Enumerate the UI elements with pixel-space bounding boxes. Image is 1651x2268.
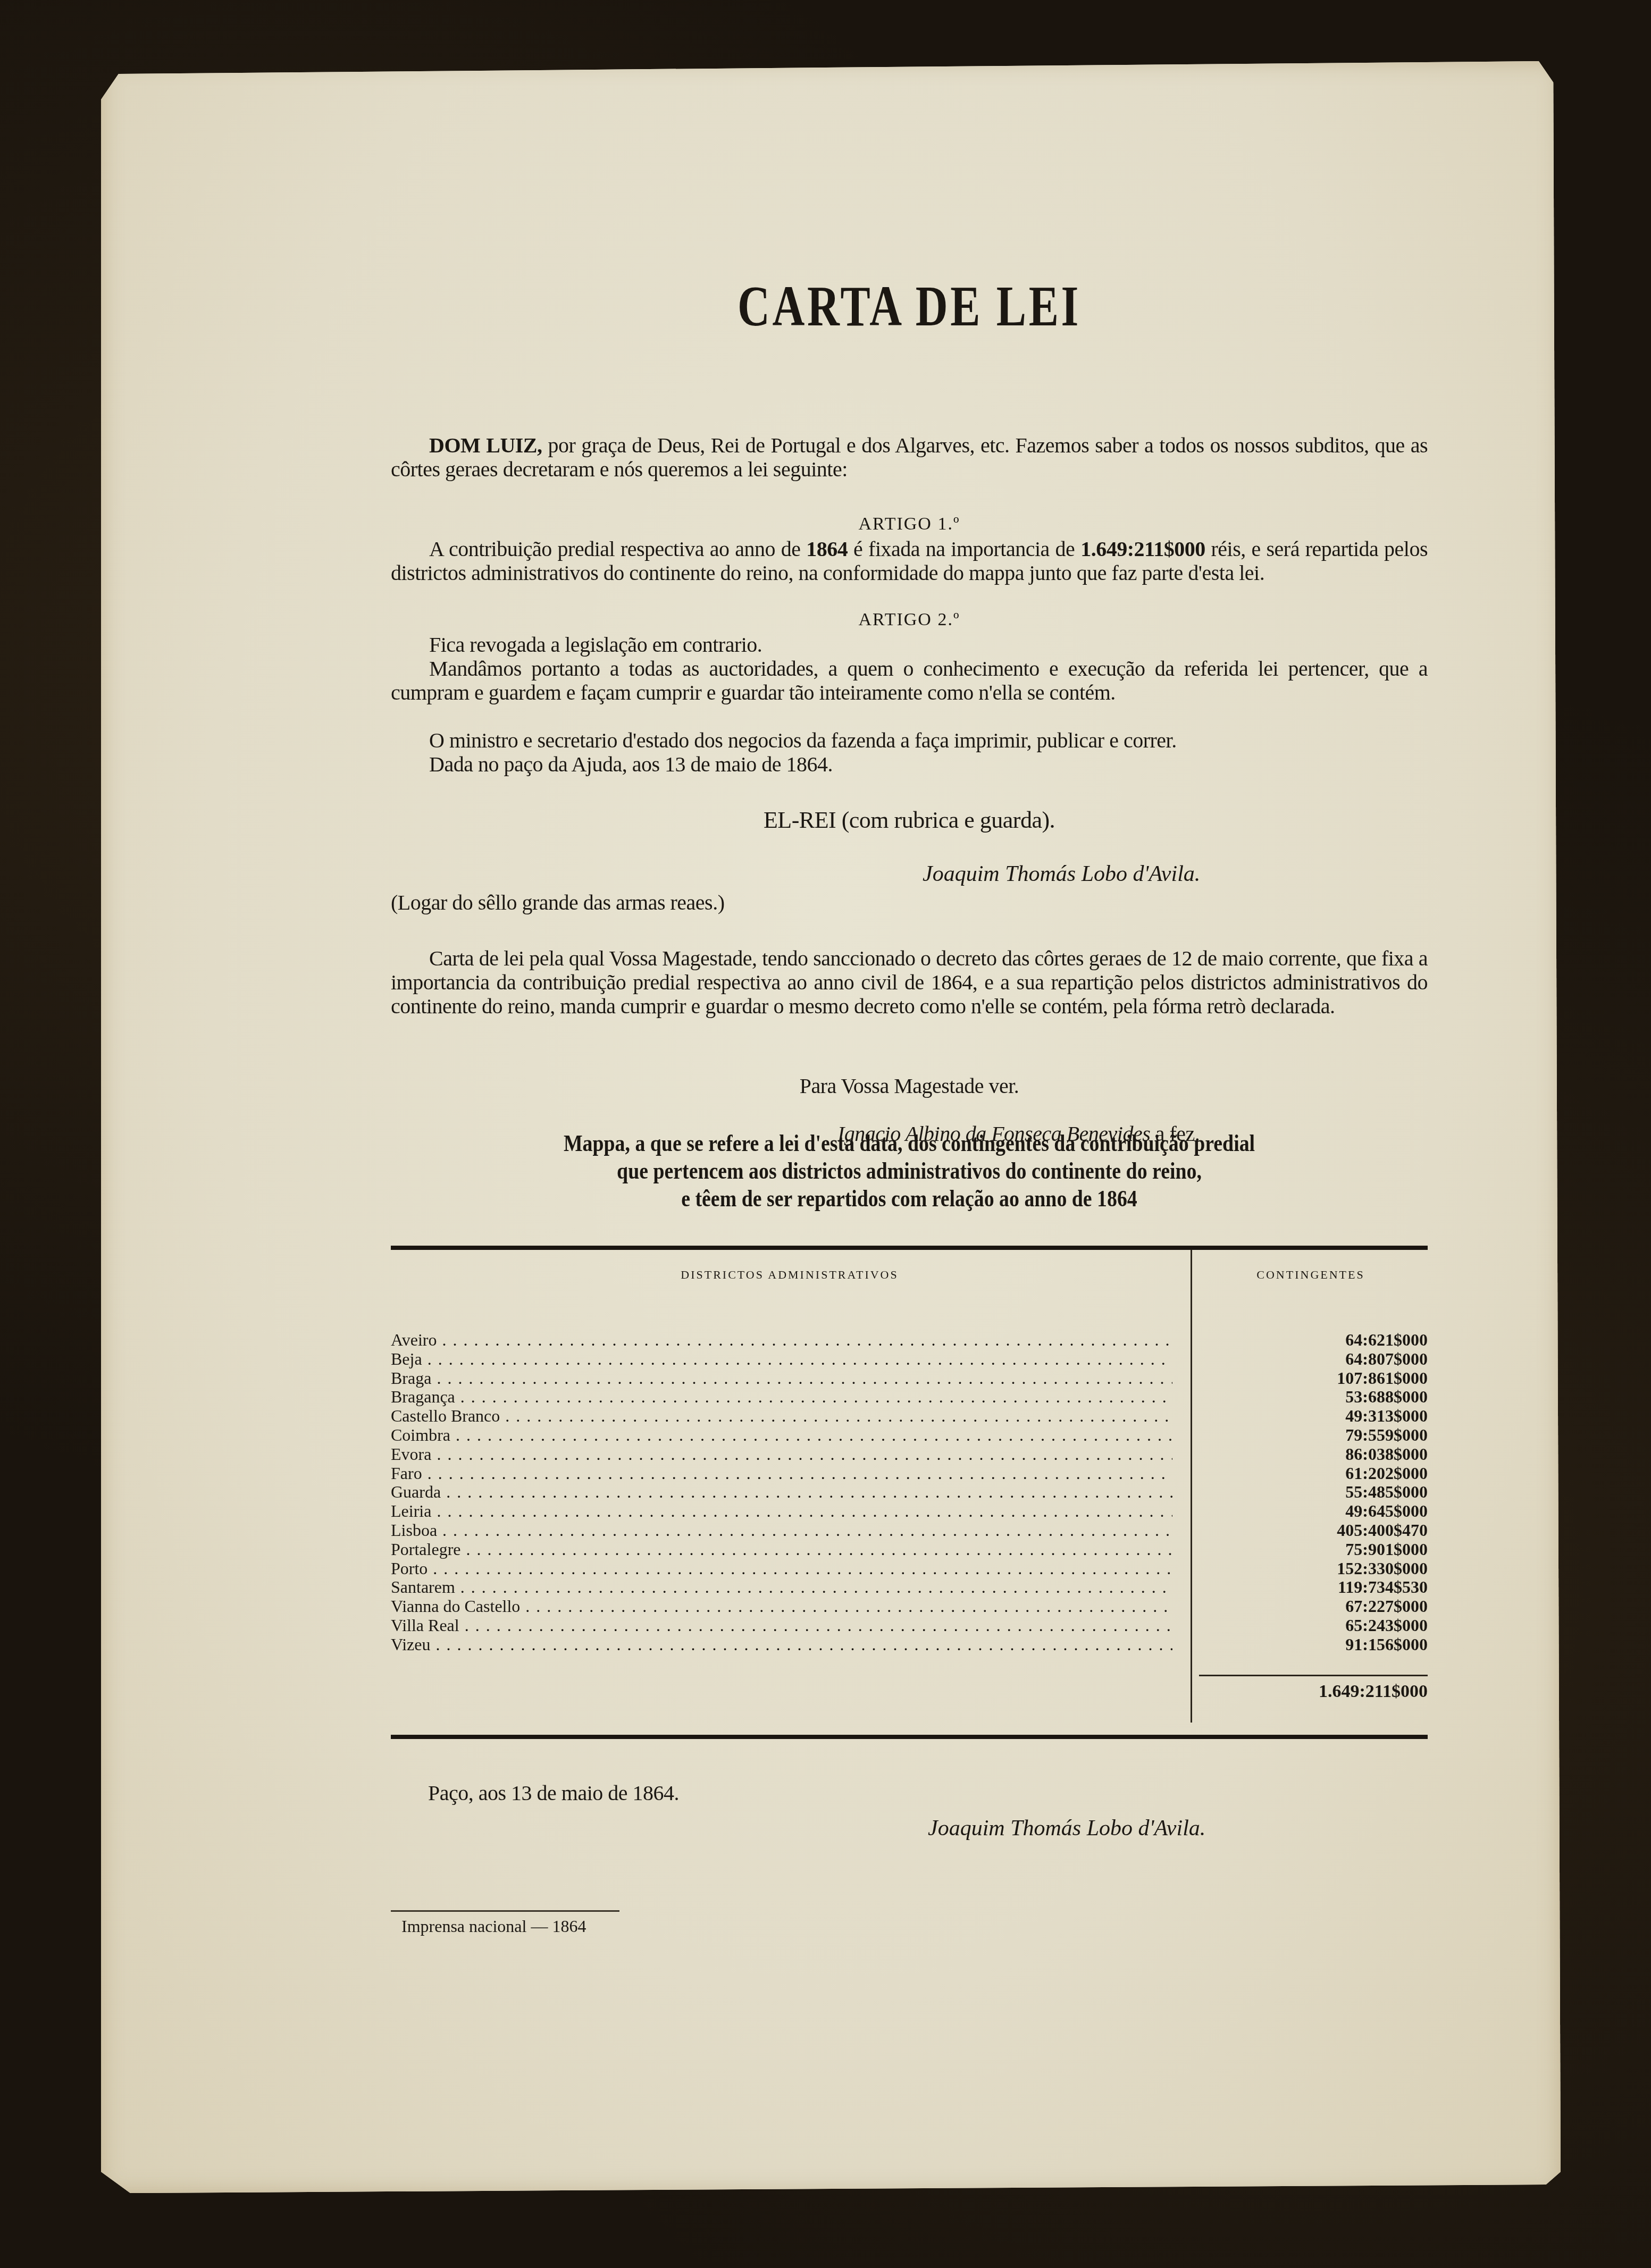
table-row: Vizeu91:156$000 bbox=[391, 1635, 1428, 1654]
table-row: Evora86:038$000 bbox=[391, 1445, 1428, 1464]
contingent-value: 119:734$530 bbox=[1204, 1578, 1428, 1597]
document-page: CARTA DE LEI DOM LUIZ, por graça de Deus… bbox=[101, 61, 1561, 2193]
artigo-1-text: A contribuição predial respectiva ao ann… bbox=[391, 537, 1428, 585]
table-row: Guarda55:485$000 bbox=[391, 1483, 1428, 1502]
signature-minister: Joaquim Thomás Lobo d'Avila. bbox=[923, 861, 1200, 887]
artigo-1-text-a: A contribuição predial respectiva ao ann… bbox=[429, 537, 806, 561]
table-body: Aveiro64:621$000Beja64:807$000Braga107:8… bbox=[391, 1331, 1428, 1654]
artigo-1-heading: ARTIGO 1.º bbox=[391, 514, 1428, 534]
table-row: Braga107:861$000 bbox=[391, 1369, 1428, 1388]
artigo-1-amount: 1.649:211$000 bbox=[1080, 537, 1205, 561]
artigo-2-heading: ARTIGO 2.º bbox=[391, 610, 1428, 630]
district-name: Porto bbox=[391, 1559, 1172, 1578]
contingent-value: 49:313$000 bbox=[1204, 1407, 1428, 1426]
contingent-value: 67:227$000 bbox=[1204, 1597, 1428, 1616]
district-name: Coimbra bbox=[391, 1426, 1172, 1445]
preamble-lead: DOM LUIZ, bbox=[429, 433, 542, 457]
contingent-value: 65:243$000 bbox=[1204, 1616, 1428, 1635]
mappa-title-line-2: que pertencem aos districtos administrat… bbox=[464, 1157, 1355, 1185]
contingent-value: 64:621$000 bbox=[1204, 1331, 1428, 1350]
contingent-value: 152:330$000 bbox=[1204, 1559, 1428, 1578]
district-name: Villa Real bbox=[391, 1616, 1172, 1635]
table-row: Beja64:807$000 bbox=[391, 1350, 1428, 1369]
mappa-title-line-3: e têem de ser repartidos com relação ao … bbox=[464, 1185, 1355, 1213]
column-header-districts: DISTRICTOS ADMINISTRATIVOS bbox=[391, 1268, 1188, 1282]
carta-paragraph: Carta de lei pela qual Vossa Magestade, … bbox=[391, 946, 1428, 1018]
district-name: Vizeu bbox=[391, 1635, 1172, 1654]
contingent-value: 107:861$000 bbox=[1204, 1369, 1428, 1388]
document-title: CARTA DE LEI bbox=[505, 274, 1314, 340]
preamble: DOM LUIZ, por graça de Deus, Rei de Port… bbox=[391, 433, 1428, 481]
table-row: Faro61:202$000 bbox=[391, 1464, 1428, 1483]
district-name: Aveiro bbox=[391, 1331, 1172, 1350]
district-name: Beja bbox=[391, 1350, 1172, 1369]
table-row: Vianna do Castello67:227$000 bbox=[391, 1597, 1428, 1616]
contingent-value: 61:202$000 bbox=[1204, 1464, 1428, 1483]
ministro-paragraph: O ministro e secretario d'estado dos neg… bbox=[391, 728, 1428, 752]
table-row: Coimbra79:559$000 bbox=[391, 1426, 1428, 1445]
table-row: Porto152:330$000 bbox=[391, 1559, 1428, 1578]
table-row: Aveiro64:621$000 bbox=[391, 1331, 1428, 1350]
district-name: Lisboa bbox=[391, 1521, 1172, 1540]
artigo-2-text: Fica revogada a legislação em contrario. bbox=[391, 633, 1428, 657]
district-name: Castello Branco bbox=[391, 1407, 1172, 1426]
contingent-value: 405:400$470 bbox=[1204, 1521, 1428, 1540]
district-name: Bragança bbox=[391, 1388, 1172, 1407]
contingent-value: 53:688$000 bbox=[1204, 1388, 1428, 1407]
contingent-value: 64:807$000 bbox=[1204, 1350, 1428, 1369]
district-name: Leiria bbox=[391, 1502, 1172, 1521]
district-name: Evora bbox=[391, 1445, 1172, 1464]
mappa-title-line-1: Mappa, a que se refere a lei d'esta data… bbox=[464, 1130, 1355, 1157]
imprint-rule bbox=[391, 1910, 619, 1912]
imprint: Imprensa nacional — 1864 bbox=[401, 1917, 586, 1936]
preamble-text: por graça de Deus, Rei de Portugal e dos… bbox=[391, 433, 1428, 481]
para-vossa-magestade: Para Vossa Magestade ver. bbox=[391, 1074, 1428, 1098]
contingent-value: 91:156$000 bbox=[1204, 1635, 1428, 1654]
table-total: 1.649:211$000 bbox=[1319, 1682, 1428, 1702]
table-top-rule bbox=[391, 1246, 1428, 1250]
table-bottom-rule bbox=[391, 1735, 1428, 1739]
signature-footer: Joaquim Thomás Lobo d'Avila. bbox=[928, 1816, 1205, 1841]
table-row: Portalegre75:901$000 bbox=[391, 1540, 1428, 1559]
district-name: Portalegre bbox=[391, 1540, 1172, 1559]
contingent-value: 86:038$000 bbox=[1204, 1445, 1428, 1464]
table-row: Villa Real65:243$000 bbox=[391, 1616, 1428, 1635]
total-rule bbox=[1199, 1675, 1428, 1676]
contingent-value: 49:645$000 bbox=[1204, 1502, 1428, 1521]
district-name: Santarem bbox=[391, 1578, 1172, 1597]
column-header-contingents: CONTINGENTES bbox=[1194, 1268, 1428, 1282]
table-row: Leiria49:645$000 bbox=[391, 1502, 1428, 1521]
district-name: Braga bbox=[391, 1369, 1172, 1388]
artigo-1-year: 1864 bbox=[806, 537, 848, 561]
contingent-value: 75:901$000 bbox=[1204, 1540, 1428, 1559]
contingent-value: 79:559$000 bbox=[1204, 1426, 1428, 1445]
table-row: Bragança53:688$000 bbox=[391, 1388, 1428, 1407]
footer-date: Paço, aos 13 de maio de 1864. bbox=[428, 1781, 907, 1805]
table-row: Lisboa405:400$470 bbox=[391, 1521, 1428, 1540]
contingent-value: 55:485$000 bbox=[1204, 1483, 1428, 1502]
mappa-title: Mappa, a que se refere a lei d'esta data… bbox=[464, 1130, 1355, 1213]
district-name: Faro bbox=[391, 1464, 1172, 1483]
artigo-1-text-b: é fixada na importancia de bbox=[848, 537, 1080, 561]
table-row: Castello Branco49:313$000 bbox=[391, 1407, 1428, 1426]
district-name: Vianna do Castello bbox=[391, 1597, 1172, 1616]
district-name: Guarda bbox=[391, 1483, 1172, 1502]
dada-paragraph: Dada no paço da Ajuda, aos 13 de maio de… bbox=[391, 752, 1428, 776]
sello-note: (Logar do sêllo grande das armas reaes.) bbox=[391, 891, 1428, 914]
table-row: Santarem119:734$530 bbox=[391, 1578, 1428, 1597]
el-rei-line: EL-REI (com rubrica e guarda). bbox=[391, 808, 1428, 832]
mandamos-paragraph: Mandâmos portanto a todas as auctoridade… bbox=[391, 657, 1428, 704]
